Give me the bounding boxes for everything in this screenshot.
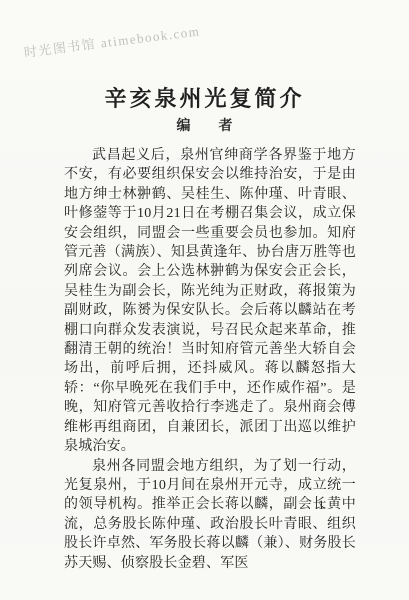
body-text-block: 武昌起义后，泉州官绅商学各界鉴于地方不安，有必要组织保安会以维持治安，于是由地方… [64,146,356,573]
paragraph-2: 泉州各同盟会地方组织，为了划一行动，光复泉州，于10月间在泉州开元寺，成立统一的… [64,457,356,573]
paragraph-1: 武昌起义后，泉州官绅商学各界鉴于地方不安，有必要组织保安会以维持治安，于是由地方… [64,146,356,457]
library-watermark: 时光图书馆 atimebook.com [23,20,201,60]
page-number: 1 [318,497,325,513]
scanned-book-page: 时光图书馆 atimebook.com 辛亥泉州光复简介 编 者 武昌起义后，泉… [0,0,409,600]
byline-editor: 编 者 [0,115,409,135]
page-title: 辛亥泉州光复简介 [0,82,409,113]
